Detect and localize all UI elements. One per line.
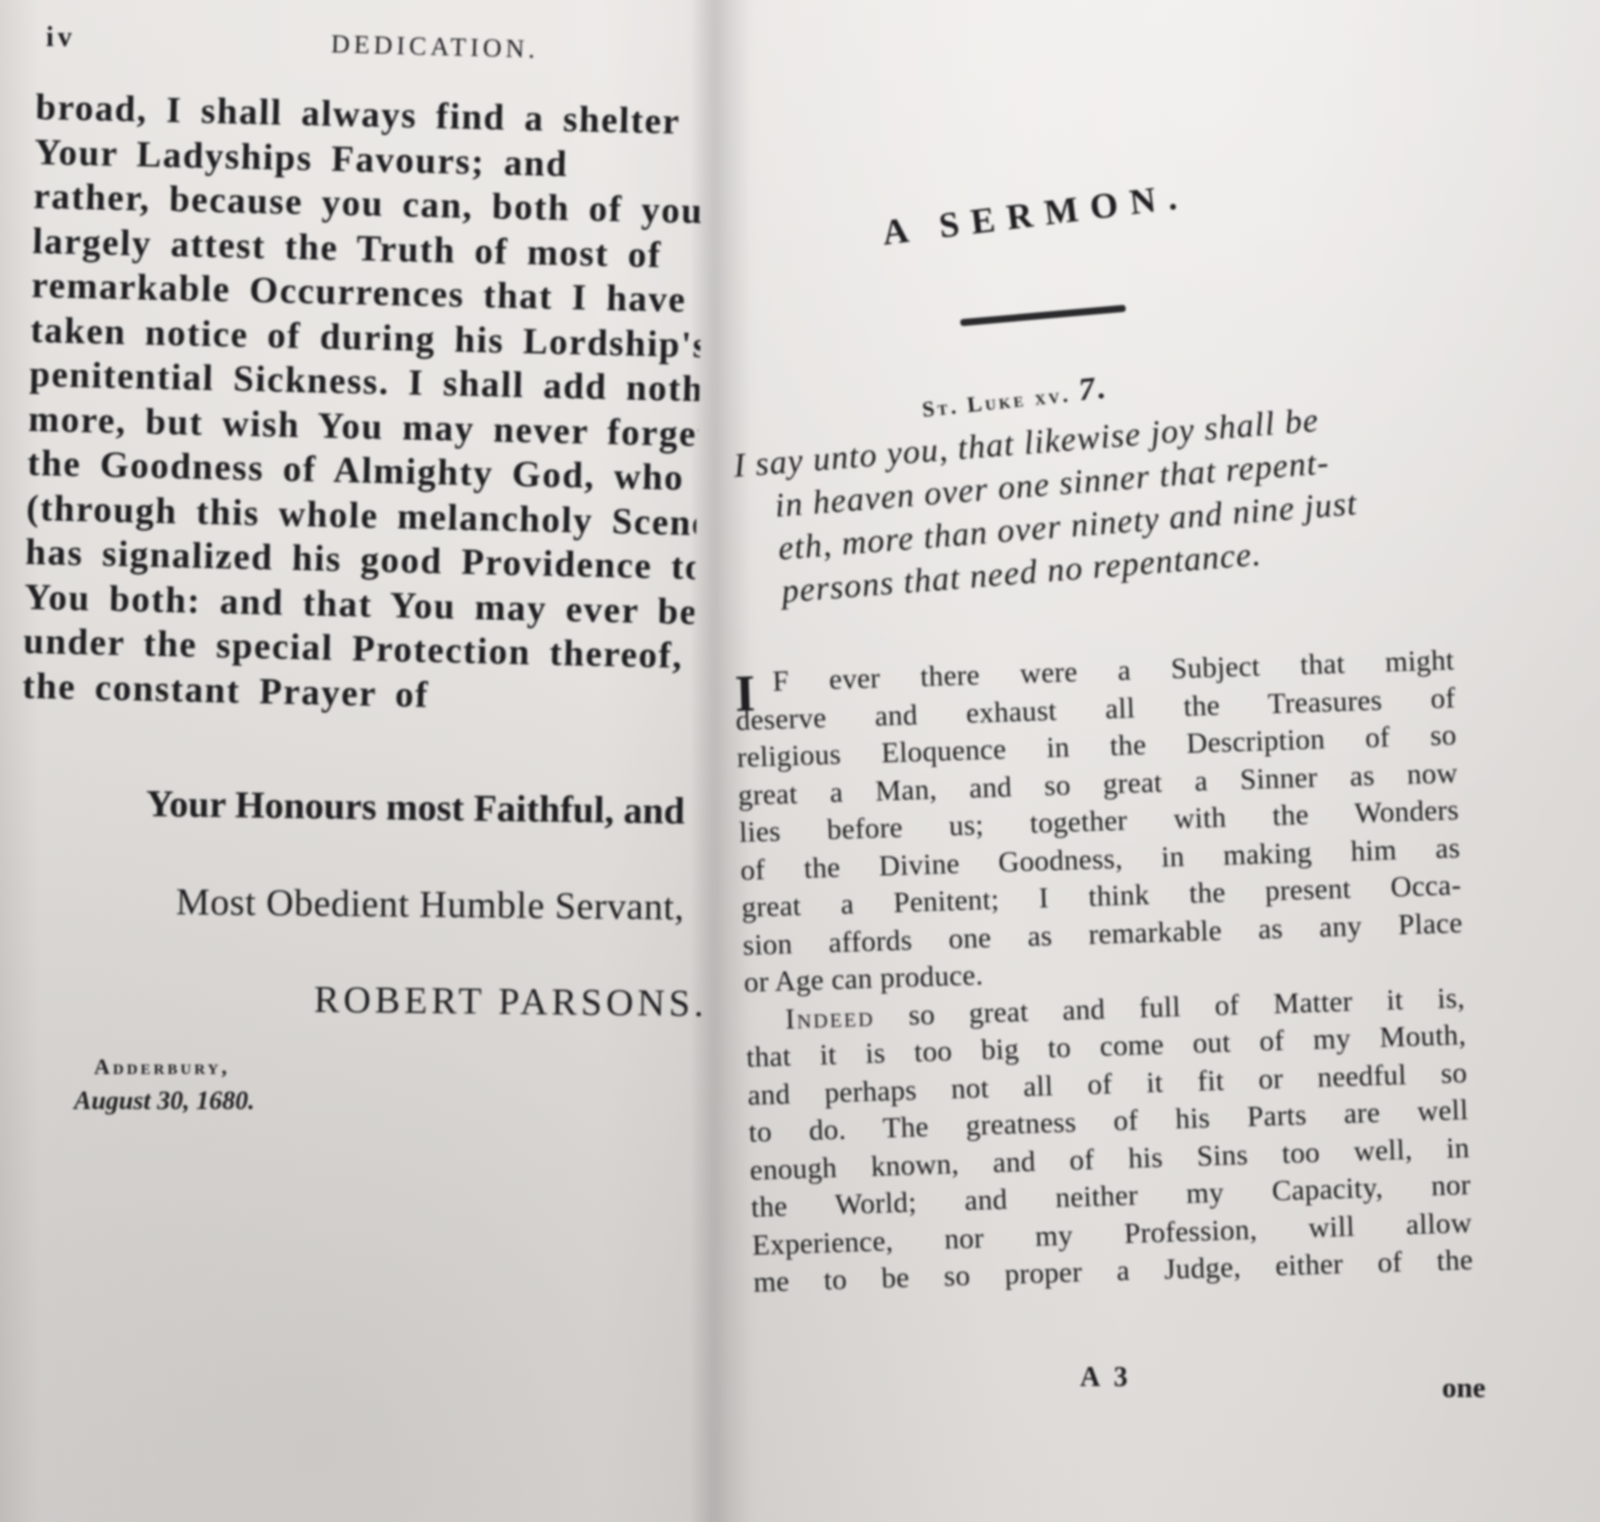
right-page: A SERMON. St. Luke xv. 7. I say unto you… [720, 150, 1520, 1510]
left-page: iv DEDICATION. broad, I shall always fin… [36, 18, 716, 1498]
title-rule [960, 305, 1126, 326]
signing-date: August 30, 1680. [74, 1086, 255, 1116]
drop-cap: I [734, 668, 756, 721]
scripture-book: St. Luke xv. [921, 381, 1072, 421]
catchword: one [1442, 1372, 1486, 1405]
scripture-verse: 7. [1077, 368, 1111, 407]
running-title: DEDICATION. [331, 29, 540, 64]
closing-servant: Most Obedient Humble Servant, [176, 880, 712, 930]
sermon-title: A SERMON. [880, 174, 1191, 253]
scripture-reference: St. Luke xv. 7. [920, 368, 1110, 424]
paragraph-lead-word: Indeed [785, 1000, 875, 1035]
signing-place: Adderbury, [94, 1054, 230, 1080]
printer-signature-mark: A 3 [1080, 1362, 1132, 1394]
author-signature: ROBERT PARSONS. [314, 978, 714, 1026]
sermon-text: I F ever there were a Subject that might… [734, 641, 1514, 1302]
running-head: iv DEDICATION. [46, 18, 606, 68]
scripture-epigraph: I say unto you, that likewise joy shall … [732, 389, 1463, 617]
closing-salutation: Your Honours most Faithful, and [146, 782, 713, 834]
dedication-text: broad, I shall always find a shelter You… [22, 86, 726, 724]
page-number: iv [46, 22, 76, 54]
